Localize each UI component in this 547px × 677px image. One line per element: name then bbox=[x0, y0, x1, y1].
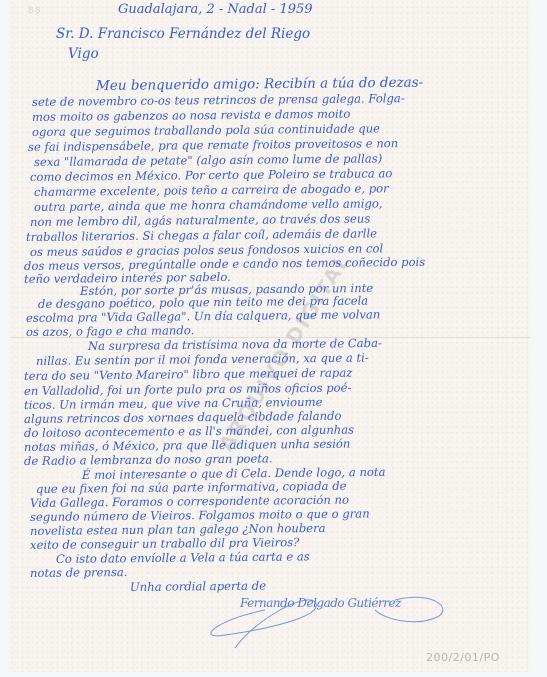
letter-addressee: Sr. D. Francisco Fernández del Riego bbox=[56, 26, 310, 42]
body-line: Meu benquerido amigo: Recibín a túa do d… bbox=[96, 76, 423, 93]
letter-place-date: Guadalajara, 2 - Nadal - 1959 bbox=[118, 2, 313, 17]
body-line: notas de prensa. bbox=[30, 565, 128, 580]
archive-number: 200/2/01/PO bbox=[426, 651, 500, 664]
body-line: os azos, o fago e cha mando. bbox=[26, 323, 194, 339]
signature: Fernando Delgado Gutiérrez bbox=[240, 596, 401, 610]
letter-addressee-city: Vigo bbox=[68, 46, 99, 62]
signature-flourish bbox=[195, 580, 495, 660]
body-line: Co isto dato envíolle a Vela a túa carta… bbox=[56, 549, 310, 566]
pencil-corner-mark: 88 bbox=[28, 6, 41, 16]
